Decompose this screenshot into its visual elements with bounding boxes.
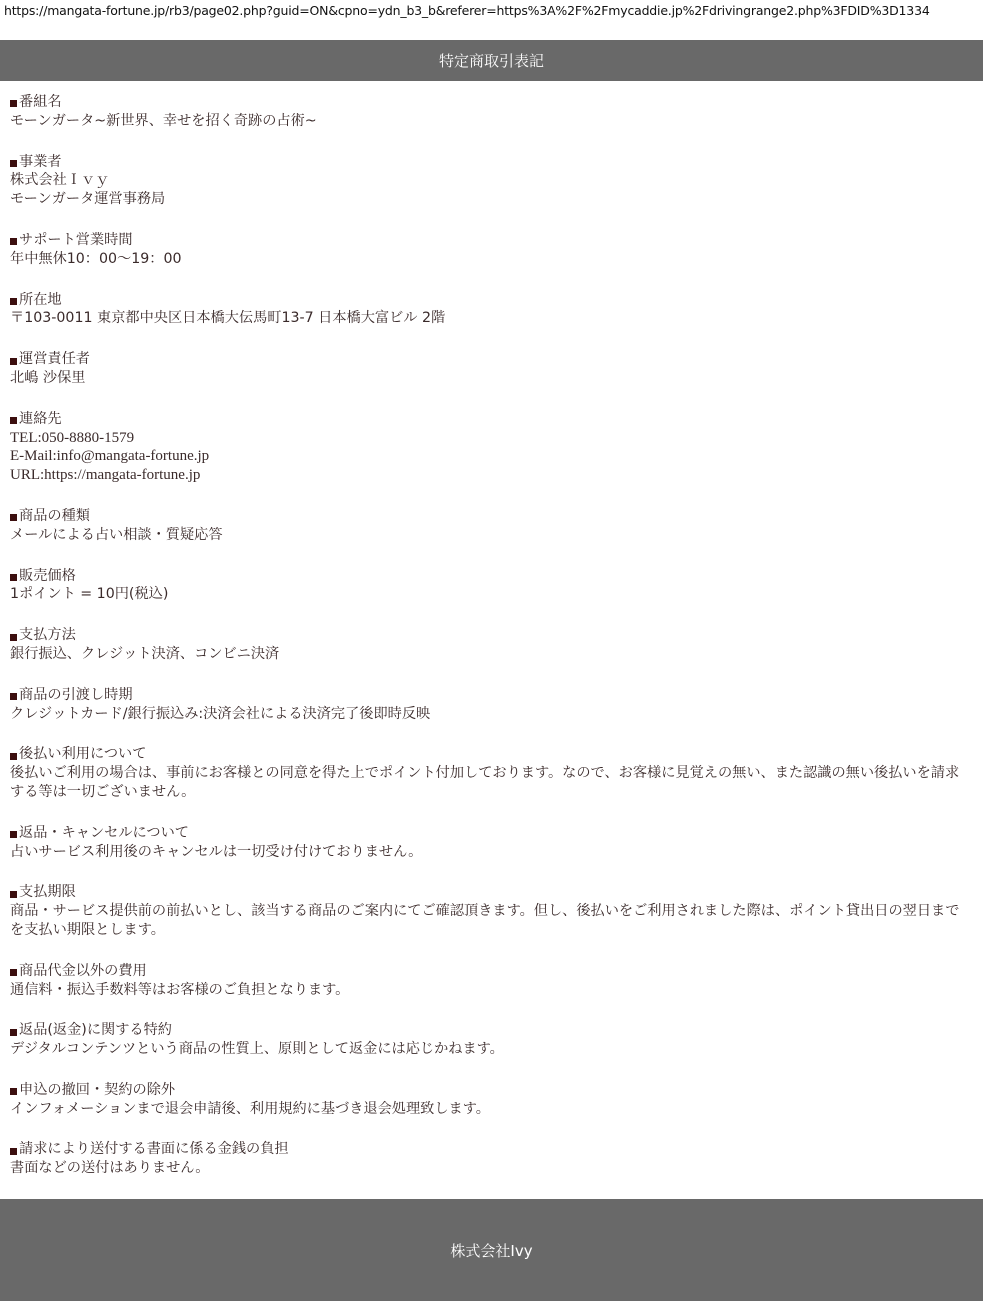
square-bullet-icon <box>10 1088 17 1095</box>
square-bullet-icon <box>10 693 17 700</box>
square-bullet-icon <box>10 831 17 838</box>
section-label: 返品(返金)に関する特約 <box>10 1021 973 1040</box>
section-label-text: 連絡先 <box>19 410 62 429</box>
contact-email: E-Mail:info@mangata-fortune.jp <box>10 447 973 466</box>
square-bullet-icon <box>10 160 17 167</box>
section-contact: 連絡先 TEL:050-8880-1579 E-Mail:info@mangat… <box>10 410 973 485</box>
section-label: 番組名 <box>10 93 973 112</box>
section-value: 1ポイント = 10円(税込) <box>10 585 973 604</box>
contact-phone: TEL:050-8880-1579 <box>10 429 973 448</box>
section-label-text: 運営責任者 <box>19 350 90 369</box>
section-business-operator: 事業者 株式会社Ｉｖｙ モーンガータ運営事務局 <box>10 153 973 209</box>
square-bullet-icon <box>10 100 17 107</box>
section-label: 申込の撤回・契約の除外 <box>10 1081 973 1100</box>
section-label: 支払方法 <box>10 626 973 645</box>
page-footer: 株式会社Ivy <box>0 1199 983 1301</box>
section-label: 支払期限 <box>10 883 973 902</box>
section-value: インフォメーションまで退会申請後、利用規約に基づき退会処理致します。 <box>10 1100 973 1119</box>
section-label-text: 商品の引渡し時期 <box>19 686 133 705</box>
section-label-text: 販売価格 <box>19 567 76 586</box>
square-bullet-icon <box>10 753 17 760</box>
section-payment-method: 支払方法 銀行振込、クレジット決済、コンビニ決済 <box>10 626 973 664</box>
section-label-text: 返品・キャンセルについて <box>19 824 189 843</box>
contact-url: URL:https://mangata-fortune.jp <box>10 466 973 485</box>
section-deferred-payment: 後払い利用について 後払いご利用の場合は、事前にお客様との同意を得た上でポイント… <box>10 745 973 801</box>
square-bullet-icon <box>10 358 17 365</box>
section-value: デジタルコンテンツという商品の性質上、原則として返金には応じかねます。 <box>10 1040 973 1059</box>
square-bullet-icon <box>10 1029 17 1036</box>
section-value: 通信料・振込手数料等はお客様のご負担となります。 <box>10 981 973 1000</box>
section-value: 書面などの送付はありません。 <box>10 1159 973 1178</box>
section-value: クレジットカード/銀行振込み:決済会社による決済完了後即時反映 <box>10 705 973 724</box>
section-label-text: 後払い利用について <box>19 745 146 764</box>
section-support-hours: サポート営業時間 年中無休10：00～19：00 <box>10 231 973 269</box>
square-bullet-icon <box>10 634 17 641</box>
section-manager: 運営責任者 北嶋 沙保里 <box>10 350 973 388</box>
square-bullet-icon <box>10 574 17 581</box>
page-header: 特定商取引表記 <box>0 40 983 81</box>
section-label: サポート営業時間 <box>10 231 973 250</box>
section-label: 請求により送付する書面に係る金銭の負担 <box>10 1140 973 1159</box>
section-label-text: 事業者 <box>19 153 62 172</box>
section-value: メールによる占い相談・質疑応答 <box>10 526 973 545</box>
section-value: 年中無休10：00～19：00 <box>10 250 973 269</box>
section-label-text: 商品代金以外の費用 <box>19 962 147 981</box>
square-bullet-icon <box>10 1148 17 1155</box>
section-value: モーンガータ運営事務局 <box>10 190 973 209</box>
section-value: 〒103-0011 東京都中央区日本橋大伝馬町13-7 日本橋大富ビル 2階 <box>10 309 973 328</box>
section-label: 後払い利用について <box>10 745 973 764</box>
section-program-name: 番組名 モーンガータ~新世界、幸せを招く奇跡の占術~ <box>10 93 973 131</box>
section-label-text: 請求により送付する書面に係る金銭の負担 <box>19 1140 289 1159</box>
section-label: 所在地 <box>10 291 973 310</box>
section-other-fees: 商品代金以外の費用 通信料・振込手数料等はお客様のご負担となります。 <box>10 962 973 1000</box>
section-label-text: 支払方法 <box>19 626 76 645</box>
square-bullet-icon <box>10 969 17 976</box>
section-label: 販売価格 <box>10 567 973 586</box>
square-bullet-icon <box>10 238 17 245</box>
section-payment-deadline: 支払期限 商品・サービス提供前の前払いとし、該当する商品のご案内にてご確認頂きま… <box>10 883 973 939</box>
section-price: 販売価格 1ポイント = 10円(税込) <box>10 567 973 605</box>
section-value: 後払いご利用の場合は、事前にお客様との同意を得た上でポイント付加しております。な… <box>10 764 973 802</box>
square-bullet-icon <box>10 417 17 424</box>
section-label: 連絡先 <box>10 410 973 429</box>
section-label: 返品・キャンセルについて <box>10 824 973 843</box>
section-label: 事業者 <box>10 153 973 172</box>
url-text: https://mangata-fortune.jp/rb3/page02.ph… <box>0 0 983 40</box>
section-value: 商品・サービス提供前の前払いとし、該当する商品のご案内にてご確認頂きます。但し、… <box>10 902 973 940</box>
square-bullet-icon <box>10 298 17 305</box>
section-value: モーンガータ~新世界、幸せを招く奇跡の占術~ <box>10 112 973 131</box>
section-withdrawal: 申込の撤回・契約の除外 インフォメーションまで退会申請後、利用規約に基づき退会処… <box>10 1081 973 1119</box>
legal-notice-content: 番組名 モーンガータ~新世界、幸せを招く奇跡の占術~ 事業者 株式会社Ｉｖｙ モ… <box>0 81 983 1178</box>
section-value: 占いサービス利用後のキャンセルは一切受け付けておりません。 <box>10 843 973 862</box>
section-address: 所在地 〒103-0011 東京都中央区日本橋大伝馬町13-7 日本橋大富ビル … <box>10 291 973 329</box>
section-label: 商品の種類 <box>10 507 973 526</box>
square-bullet-icon <box>10 514 17 521</box>
section-document-costs: 請求により送付する書面に係る金銭の負担 書面などの送付はありません。 <box>10 1140 973 1178</box>
footer-company-name: 株式会社Ivy <box>450 1240 532 1261</box>
section-label-text: 支払期限 <box>19 883 76 902</box>
square-bullet-icon <box>10 891 17 898</box>
section-label-text: 所在地 <box>19 291 62 310</box>
section-refund-terms: 返品(返金)に関する特約 デジタルコンテンツという商品の性質上、原則として返金に… <box>10 1021 973 1059</box>
section-value: 株式会社Ｉｖｙ <box>10 171 973 190</box>
section-value: 銀行振込、クレジット決済、コンビニ決済 <box>10 645 973 664</box>
section-label: 運営責任者 <box>10 350 973 369</box>
section-label: 商品代金以外の費用 <box>10 962 973 981</box>
section-label-text: 申込の撤回・契約の除外 <box>19 1081 175 1100</box>
section-label-text: 番組名 <box>19 93 62 112</box>
section-delivery-timing: 商品の引渡し時期 クレジットカード/銀行振込み:決済会社による決済完了後即時反映 <box>10 686 973 724</box>
section-label-text: 返品(返金)に関する特約 <box>19 1021 172 1040</box>
page-title: 特定商取引表記 <box>439 50 544 71</box>
section-label-text: サポート営業時間 <box>19 231 133 250</box>
section-returns-cancellation: 返品・キャンセルについて 占いサービス利用後のキャンセルは一切受け付けておりませ… <box>10 824 973 862</box>
section-value: 北嶋 沙保里 <box>10 369 973 388</box>
section-product-type: 商品の種類 メールによる占い相談・質疑応答 <box>10 507 973 545</box>
section-label-text: 商品の種類 <box>19 507 90 526</box>
section-label: 商品の引渡し時期 <box>10 686 973 705</box>
